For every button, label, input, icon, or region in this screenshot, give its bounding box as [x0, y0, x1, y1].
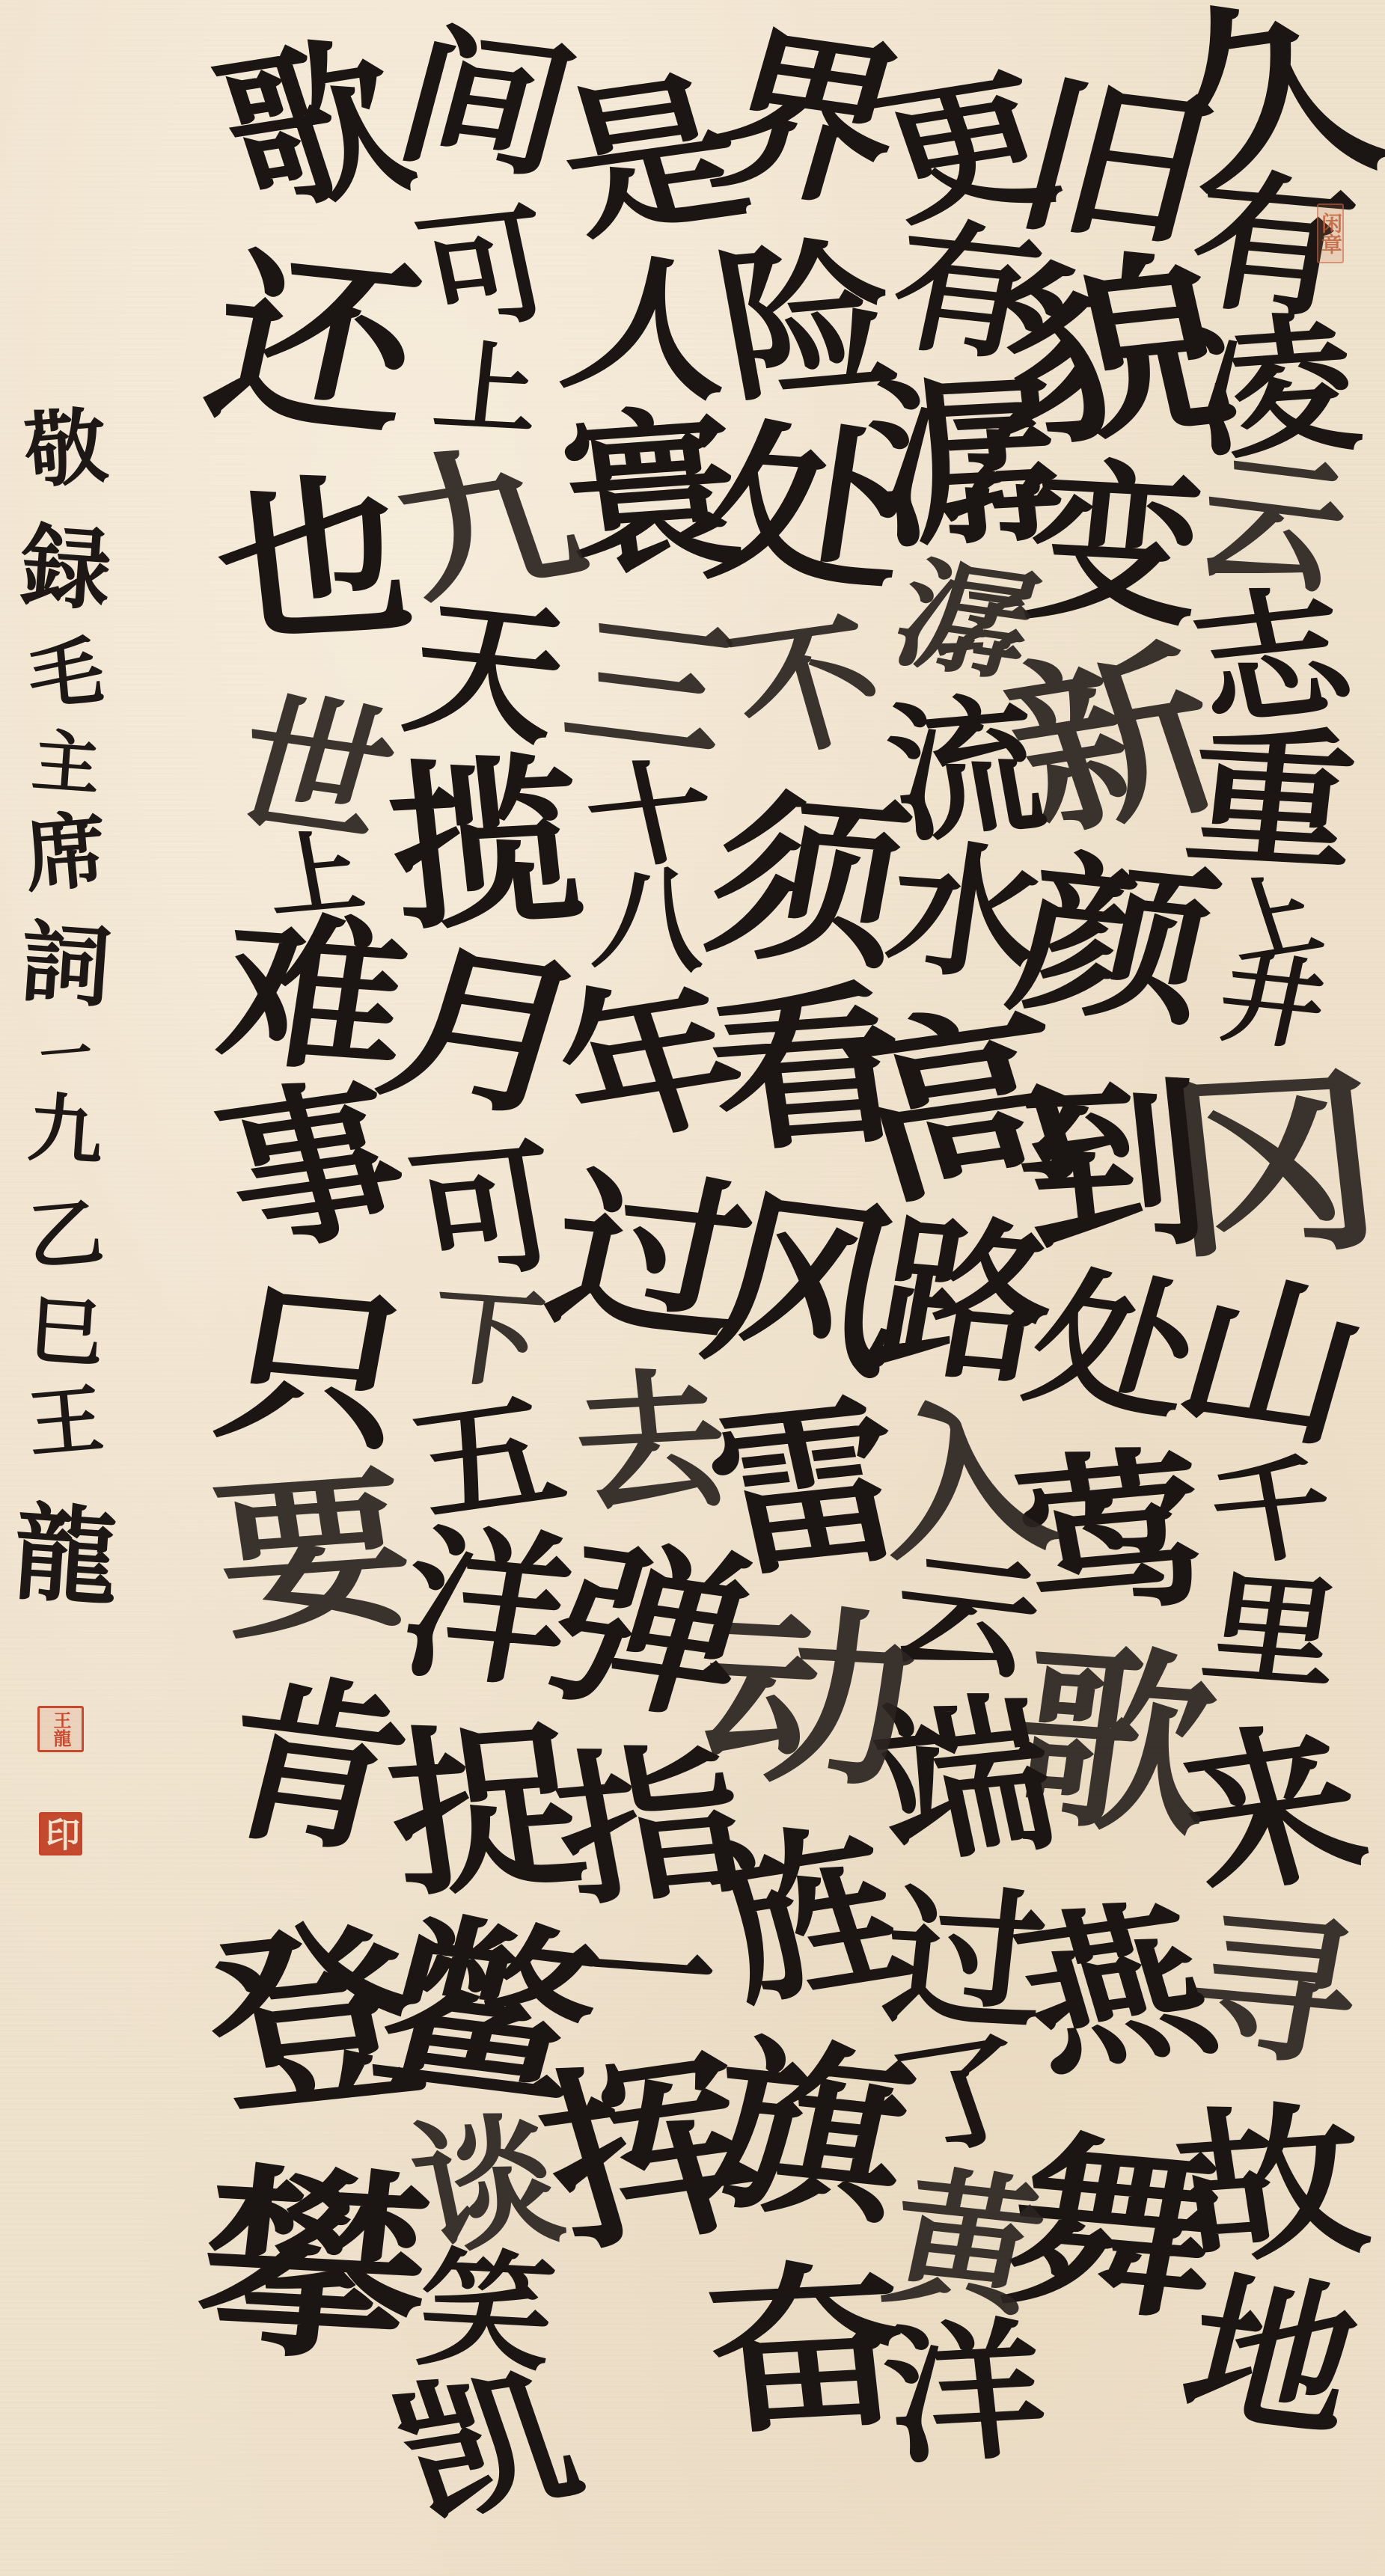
calligraphy-character: 肯: [204, 1667, 426, 1864]
calligraphy-character: 登: [191, 1914, 438, 2126]
header-seal-stamp: 闲章: [1317, 204, 1344, 263]
seal-text: 闲章: [1320, 212, 1341, 254]
inscription-character: 乙: [25, 1194, 106, 1275]
poem-col-7: 歌还也世上难事只要肯登攀: [0, 0, 1385, 2576]
inscription-character: 九: [26, 1090, 106, 1170]
calligraphy-character: 只: [208, 1276, 421, 1463]
calligraphy-character: 要: [206, 1464, 424, 1648]
seal-text: 王龍: [52, 1711, 70, 1747]
inscription-character: 龍: [10, 1500, 121, 1612]
inscription-character: 敬: [21, 404, 110, 493]
calligraphy-character: 攀: [190, 2161, 438, 2374]
calligraphy-character: 还: [195, 242, 432, 446]
inscription-character: 一: [37, 1027, 94, 1083]
inscription-character: 巳: [26, 1292, 106, 1372]
inscription-character: 毛: [25, 633, 106, 714]
inscription-character: 詞: [18, 917, 114, 1013]
calligraphy-character: 歌: [202, 31, 426, 223]
calligraphy-character: 难: [210, 907, 418, 1083]
inscription-character: 席: [21, 808, 110, 897]
inscription-character: 録: [18, 521, 114, 617]
calligraphy-character: 也: [209, 471, 421, 652]
calligraphy-character: 事: [205, 1071, 424, 1262]
seal-text: 印: [43, 1817, 78, 1851]
style-seal-stamp: 印: [39, 1812, 82, 1855]
inscription-character: 王: [25, 1381, 106, 1462]
inscription-character: 主: [30, 727, 102, 799]
name-seal-stamp: 王龍: [37, 1706, 84, 1752]
